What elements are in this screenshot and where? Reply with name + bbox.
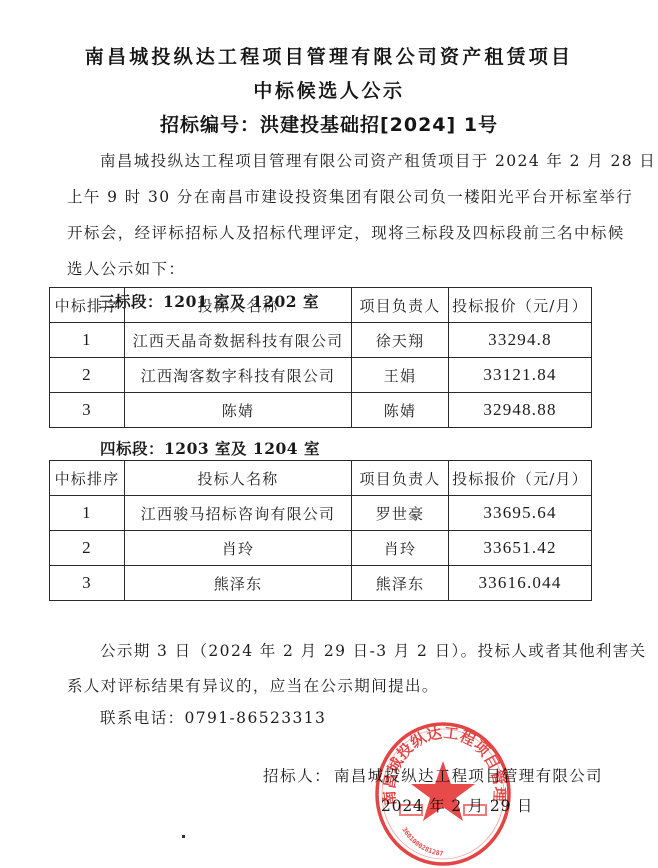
- rank-cell: 1: [50, 496, 125, 531]
- manager-cell: 肖玲: [352, 531, 449, 566]
- manager-cell: 熊泽东: [352, 566, 449, 601]
- contact-phone: 联系电话：0791-86523313: [100, 706, 300, 728]
- tenderer-label: 招标人：: [263, 764, 331, 786]
- price-cell: 33651.42: [449, 531, 592, 566]
- notice-line: 系人对评标结果有异议的，应当在公示期间提出。: [67, 674, 367, 696]
- table-row: 3 陈婧 陈婧 32948.88: [50, 393, 592, 428]
- rank-cell: 2: [50, 531, 125, 566]
- bidder-cell: 江西淘客数字科技有限公司: [125, 358, 352, 393]
- price-cell: 33121.84: [449, 358, 592, 393]
- price-cell: 33695.64: [449, 496, 592, 531]
- bid-table-lot3: 中标排序 投标人名称 项目负责人 投标报价（元/月） 1 江西天晶奇数据科技有限…: [49, 287, 592, 428]
- manager-cell: 徐天翔: [352, 323, 449, 358]
- column-header-manager: 项目负责人: [352, 461, 449, 496]
- rank-cell: 3: [50, 393, 125, 428]
- column-header-price: 投标报价（元/月）: [449, 461, 592, 496]
- svg-text:3601000281287: 3601000281287: [400, 826, 444, 858]
- price-cell: 32948.88: [449, 393, 592, 428]
- manager-cell: 罗世豪: [352, 496, 449, 531]
- manager-cell: 陈婧: [352, 393, 449, 428]
- rank-cell: 3: [50, 566, 125, 601]
- column-header-bidder: 投标人名称: [125, 461, 352, 496]
- column-header-bidder: 投标人名称: [125, 288, 352, 323]
- intro-line: 开标会，经评标招标人及招标代理评定，现将三标段及四标段前三名中标候: [67, 221, 585, 243]
- price-cell: 33294.8: [449, 323, 592, 358]
- scan-dot: [182, 835, 185, 838]
- tenderer-company: 南昌城投纵达工程项目管理有限公司: [334, 764, 603, 786]
- table-row: 2 肖玲 肖玲 33651.42: [50, 531, 592, 566]
- intro-line: 上午 9 时 30 分在南昌市建设投资集团有限公司负一楼阳光平台开标室举行: [67, 185, 585, 207]
- document-title: 南昌城投纵达工程项目管理有限公司资产租赁项目: [0, 42, 658, 69]
- rank-cell: 1: [50, 323, 125, 358]
- rank-cell: 2: [50, 358, 125, 393]
- column-header-price: 投标报价（元/月）: [449, 288, 592, 323]
- price-cell: 33616.044: [449, 566, 592, 601]
- notice-line: 公示期 3 日（2024 年 2 月 29 日-3 月 2 日）。投标人或者其他…: [100, 639, 590, 661]
- bidder-cell: 江西天晶奇数据科技有限公司: [125, 323, 352, 358]
- manager-cell: 王娟: [352, 358, 449, 393]
- bidder-cell: 江西骏马招标咨询有限公司: [125, 496, 352, 531]
- table-row: 2 江西淘客数字科技有限公司 王娟 33121.84: [50, 358, 592, 393]
- bidder-cell: 肖玲: [125, 531, 352, 566]
- signature-date: 2024 年 2 月 29 日: [381, 794, 533, 816]
- column-header-rank: 中标排序: [50, 288, 125, 323]
- document-subtitle: 中标候选人公示: [0, 76, 658, 103]
- table-row: 3 熊泽东 熊泽东 33616.044: [50, 566, 592, 601]
- intro-line: 选人公示如下：: [67, 257, 585, 279]
- table-header-row: 中标排序 投标人名称 项目负责人 投标报价（元/月）: [50, 461, 592, 496]
- table-row: 1 江西骏马招标咨询有限公司 罗世豪 33695.64: [50, 496, 592, 531]
- intro-line: 南昌城投纵达工程项目管理有限公司资产租赁项目于 2024 年 2 月 28 日: [100, 149, 585, 171]
- column-header-rank: 中标排序: [50, 461, 125, 496]
- bidder-cell: 熊泽东: [125, 566, 352, 601]
- column-header-manager: 项目负责人: [352, 288, 449, 323]
- section-label-lot4: 四标段：1203 室及 1204 室: [100, 437, 320, 459]
- table-header-row: 中标排序 投标人名称 项目负责人 投标报价（元/月）: [50, 288, 592, 323]
- tender-number: 招标编号：洪建投基础招[2024] 1号: [0, 110, 658, 137]
- bidder-cell: 陈婧: [125, 393, 352, 428]
- bid-table-lot4: 中标排序 投标人名称 项目负责人 投标报价（元/月） 1 江西骏马招标咨询有限公…: [49, 460, 592, 601]
- table-row: 1 江西天晶奇数据科技有限公司 徐天翔 33294.8: [50, 323, 592, 358]
